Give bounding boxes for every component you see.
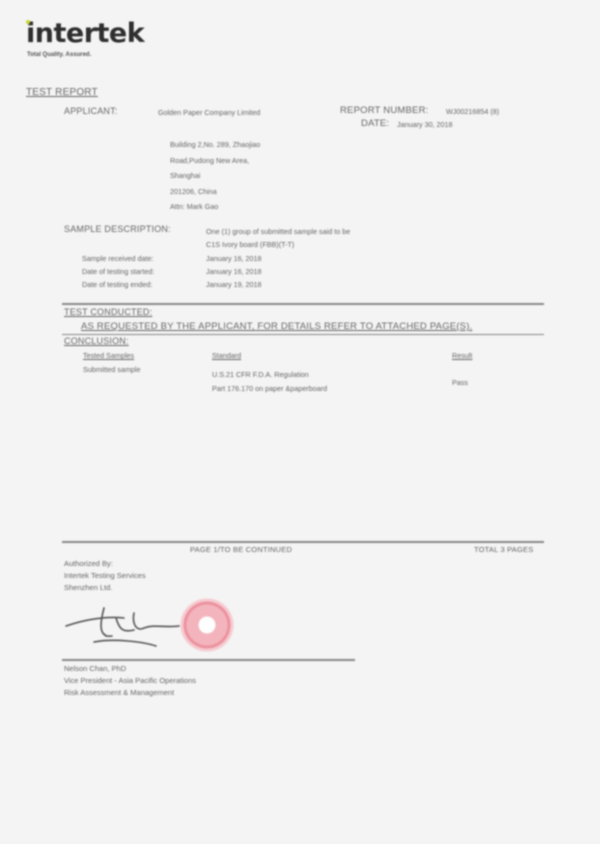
sample-description: One (1) group of submitted sample said t…	[206, 225, 350, 251]
sample-field-values: January 16, 2018 January 16, 2018 Januar…	[206, 252, 262, 291]
divider	[62, 541, 544, 543]
result: Pass	[452, 378, 468, 387]
applicant-label: APPLICANT:	[64, 106, 118, 116]
signature	[64, 598, 194, 658]
test-conducted-text: AS REQUESTED BY THE APPLICANT, FOR DETAI…	[81, 321, 472, 332]
standard-line: U.S.21 CFR F.D.A. Regulation	[212, 368, 327, 382]
company-seal-stamp	[180, 598, 234, 652]
report-page: intertek Total Quality. Assured. TEST RE…	[0, 0, 600, 844]
field-label: Date of testing started:	[82, 265, 154, 278]
report-number-label: REPORT NUMBER:	[340, 105, 429, 116]
report-title: TEST REPORT	[26, 87, 98, 98]
signatory-block: Nelson Chan, PhD Vice President - Asia P…	[64, 663, 196, 699]
date-label: DATE:	[361, 118, 389, 129]
description-line: One (1) group of submitted sample said t…	[206, 225, 350, 238]
company-line: Shenzhen Ltd.	[64, 582, 146, 594]
applicant-address: Building 2,No. 289, Zhaojiao Road,Pudong…	[170, 137, 260, 215]
column-header-result: Result	[452, 351, 472, 360]
field-label: Date of testing ended:	[82, 278, 154, 291]
divider	[62, 303, 544, 305]
signatory-department: Risk Assessment & Management	[64, 687, 196, 699]
signatory-name: Nelson Chan, PhD	[64, 663, 196, 675]
column-header-tested-samples: Tested Samples	[83, 351, 134, 360]
description-line: C1S Ivory board (FBB)(T-T)	[206, 238, 350, 251]
logo-tagline: Total Quality. Assured.	[27, 52, 91, 58]
address-line: Attn: Mark Gao	[170, 199, 260, 215]
field-value: January 16, 2018	[206, 252, 262, 265]
address-line: Road,Pudong New Area,	[170, 153, 260, 169]
report-date: January 30, 2018	[397, 120, 453, 129]
standard: U.S.21 CFR F.D.A. Regulation Part 176.17…	[212, 368, 327, 396]
field-value: January 19, 2018	[206, 278, 262, 291]
report-number: WJ00216854 (8)	[446, 107, 499, 116]
applicant-name: Golden Paper Company Limited	[158, 108, 260, 117]
page-continued: PAGE 1/TO BE CONTINUED	[190, 545, 292, 554]
field-label: Sample received date:	[82, 252, 154, 265]
address-line: Shanghai	[170, 168, 260, 184]
address-line: 201206, China	[170, 184, 260, 200]
column-header-standard: Standard	[212, 351, 241, 360]
authorized-block: Authorized By: Intertek Testing Services…	[64, 558, 146, 594]
sample-description-label: SAMPLE DESCRIPTION:	[64, 224, 171, 234]
signature-line	[62, 659, 355, 661]
company-line: Intertek Testing Services	[64, 570, 146, 582]
authorized-by: Authorized By:	[64, 558, 146, 570]
intertek-logo: intertek	[26, 18, 144, 49]
conclusion-label: CONCLUSION:	[64, 336, 129, 346]
standard-line: Part 176.170 on paper &paperboard	[212, 382, 327, 396]
signatory-title: Vice President - Asia Pacific Operations	[64, 675, 196, 687]
tested-sample: Submitted sample	[83, 365, 141, 374]
total-pages: TOTAL 3 PAGES	[474, 545, 533, 554]
sample-field-labels: Sample received date: Date of testing st…	[82, 252, 154, 291]
test-conducted-label: TEST CONDUCTED:	[64, 307, 152, 317]
divider	[62, 334, 544, 335]
field-value: January 16, 2018	[206, 265, 262, 278]
logo-accent-dot	[26, 20, 30, 24]
address-line: Building 2,No. 289, Zhaojiao	[170, 137, 260, 153]
